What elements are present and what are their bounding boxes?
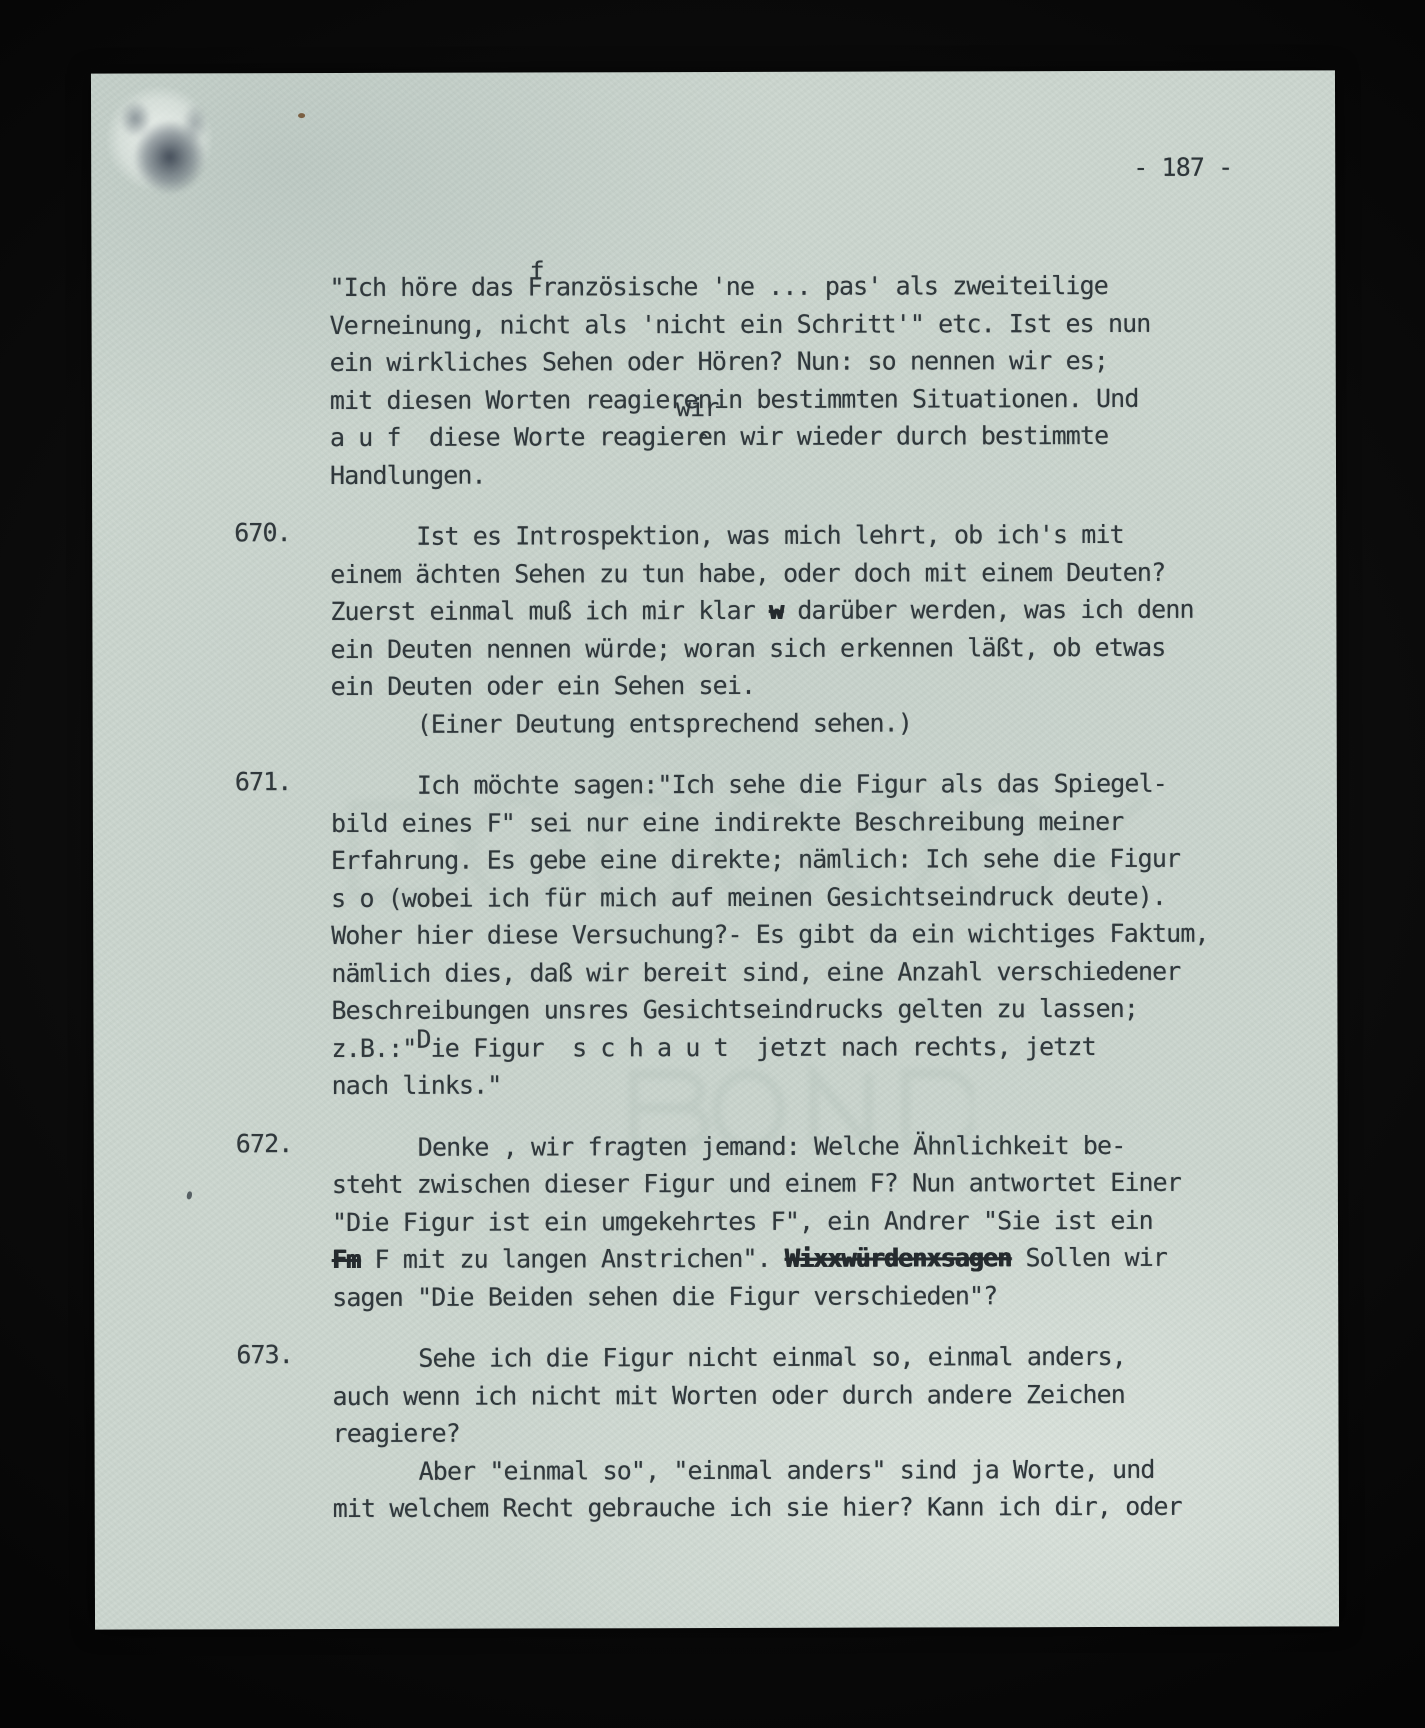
typed-text: a u f diese Worte reagieren wir wieder d… bbox=[330, 421, 1108, 452]
typed-line: Sehe ich die Figur nicht einmal so, einm… bbox=[332, 1338, 1282, 1378]
section-block: "Ich höre das Ffranzösische 'ne ... pas'… bbox=[329, 267, 1280, 494]
struck-text: Fm bbox=[332, 1245, 360, 1274]
typed-text: Erfahrung. Es gebe eine direkte; nämlich… bbox=[331, 844, 1180, 875]
typed-text: sagen "Die Beiden sehen die Figur versch… bbox=[332, 1281, 997, 1312]
typed-text: (Einer Deutung entsprechend sehen.) bbox=[417, 708, 912, 738]
typed-line: Woher hier diese Versuchung?- Es gibt da… bbox=[331, 915, 1281, 955]
caret-mark: ^ bbox=[699, 423, 708, 461]
typed-line: nach links." bbox=[332, 1065, 1282, 1105]
typed-text: Sehe ich die Figur nicht einmal so, einm… bbox=[418, 1342, 1126, 1373]
struck-text: Wixxwürdenxsagen bbox=[785, 1243, 1011, 1273]
photograph-background: - 187 - "Ich höre das Ffranzösische 'ne … bbox=[0, 0, 1425, 1728]
section-number: 672. bbox=[236, 1129, 293, 1158]
typed-correction: f bbox=[530, 252, 544, 290]
typed-text: einem ächten Sehen zu tun habe, oder doc… bbox=[330, 557, 1165, 588]
typed-text: Zuerst einmal muß ich mir klar bbox=[330, 596, 769, 626]
typed-text: reagiere? bbox=[332, 1419, 459, 1448]
typed-text: Woher hier diese Versuchung?- Es gibt da… bbox=[331, 919, 1208, 950]
typed-line: Zuerst einmal muß ich mir klar w darüber… bbox=[330, 591, 1280, 631]
typescript-body: "Ich höre das Ffranzösische 'ne ... pas'… bbox=[329, 267, 1282, 1528]
typed-line: bild eines F" sei nur eine indirekte Bes… bbox=[331, 802, 1281, 842]
typed-text: ein Deuten oder ein Sehen sei. bbox=[331, 671, 756, 701]
section-number: 670. bbox=[234, 518, 291, 547]
section-block: 670.Ist es Introspektion, was mich lehrt… bbox=[330, 516, 1281, 743]
typed-text: nach links." bbox=[332, 1071, 502, 1100]
typed-line: auch wenn ich nicht mit Worten oder durc… bbox=[332, 1375, 1282, 1415]
typed-line: Aber "einmal so", "einmal anders" sind j… bbox=[333, 1450, 1283, 1490]
typed-line: Handlungen. bbox=[330, 454, 1280, 494]
typed-line: (Einer Deutung entsprechend sehen.) bbox=[331, 703, 1281, 743]
typed-text: F mit zu langen Anstrichen". bbox=[360, 1244, 785, 1274]
typed-text: Beschreibungen unsres Gesichtseindrucks … bbox=[331, 994, 1138, 1025]
typed-line: ein Deuten oder ein Sehen sei. bbox=[331, 666, 1281, 706]
paper-fleck bbox=[298, 113, 305, 118]
typed-text: mit diesen Worten reagieren bbox=[330, 385, 712, 415]
typed-text: Verneinung, nicht als 'nicht ein Schritt… bbox=[330, 308, 1151, 339]
typed-text: in bestimmten Situationen. Und bbox=[714, 383, 1139, 413]
page-number: - 187 - bbox=[1133, 153, 1232, 182]
typed-line: mit welchem Recht gebrauche ich sie hier… bbox=[333, 1488, 1283, 1528]
typed-line: Beschreibungen unsres Gesichtseindrucks … bbox=[331, 990, 1281, 1030]
typed-line: steht zwischen dieser Figur und einem F?… bbox=[332, 1164, 1282, 1204]
typed-text: ein Deuten nennen würde; woran sich erke… bbox=[330, 632, 1165, 663]
typed-line: Ich möchte sagen:"Ich sehe die Figur als… bbox=[331, 765, 1281, 805]
section-block: 671.Ich möchte sagen:"Ich sehe die Figur… bbox=[331, 765, 1282, 1105]
typed-line: Ist es Introspektion, was mich lehrt, ob… bbox=[330, 516, 1280, 556]
typed-line: ein Deuten nennen würde; woran sich erke… bbox=[330, 628, 1280, 668]
typed-text: Handlungen. bbox=[330, 460, 486, 489]
typed-text: z.B.:" bbox=[331, 1033, 416, 1062]
typed-line: nämlich dies, daß wir bereit sind, eine … bbox=[331, 952, 1281, 992]
typed-text: steht zwischen dieser Figur und einem F?… bbox=[332, 1168, 1181, 1199]
raised-letter: D bbox=[416, 1024, 430, 1053]
typed-text: bild eines F" sei nur eine indirekte Bes… bbox=[331, 806, 1124, 837]
section-block: 672.Denke , wir fragten jemand: Welche Ä… bbox=[332, 1126, 1282, 1316]
typed-line: Fm F mit zu langen Anstrichen". Wixxwürd… bbox=[332, 1239, 1282, 1279]
typed-text: ranzösische 'ne ... pas' als zweiteilige bbox=[542, 271, 1108, 301]
paper-speck bbox=[186, 1191, 193, 1200]
typed-text: Ist es Introspektion, was mich lehrt, ob… bbox=[416, 520, 1124, 551]
typed-line: sagen "Die Beiden sehen die Figur versch… bbox=[332, 1276, 1282, 1316]
section-number: 671. bbox=[235, 767, 292, 796]
typed-line: "Die Figur ist ein umgekehrtes F", ein A… bbox=[332, 1201, 1282, 1241]
typed-text: Aber "einmal so", "einmal anders" sind j… bbox=[419, 1454, 1155, 1485]
typed-text: s o (wobei ich für mich auf meinen Gesic… bbox=[331, 881, 1166, 912]
typed-line: s o (wobei ich für mich auf meinen Gesic… bbox=[331, 877, 1281, 917]
typed-text: Sollen wir bbox=[1011, 1243, 1167, 1272]
typed-text: ie Figur s c h a u t jetzt nach rechts, … bbox=[431, 1032, 1096, 1063]
typed-text: "Ich höre das bbox=[329, 272, 527, 302]
typed-line: Verneinung, nicht als 'nicht ein Schritt… bbox=[330, 304, 1280, 344]
typed-text: "Die Figur ist ein umgekehrtes F", ein A… bbox=[332, 1205, 1153, 1236]
section-block: 673.Sehe ich die Figur nicht einmal so, … bbox=[332, 1338, 1282, 1528]
typed-text: nämlich dies, daß wir bereit sind, eine … bbox=[331, 956, 1180, 987]
struck-text: w bbox=[769, 596, 783, 625]
typed-line: z.B.:"Die Figur s c h a u t jetzt nach r… bbox=[331, 1027, 1281, 1067]
typed-text: Ich möchte sagen:"Ich sehe die Figur als… bbox=[417, 769, 1167, 800]
typed-line: "Ich höre das Ffranzösische 'ne ... pas'… bbox=[329, 267, 1279, 307]
typed-text: darüber werden, was ich denn bbox=[783, 595, 1193, 625]
typed-line: Erfahrung. Es gebe eine direkte; nämlich… bbox=[331, 840, 1281, 880]
document-page: - 187 - "Ich höre das Ffranzösische 'ne … bbox=[91, 70, 1339, 1629]
typed-line: mit diesen Worten reagierenwir^in bestim… bbox=[330, 379, 1280, 419]
typed-line: reagiere? bbox=[332, 1413, 1282, 1453]
inserted-word: wir bbox=[676, 388, 719, 426]
section-number: 673. bbox=[236, 1340, 293, 1369]
typed-line: ein wirkliches Sehen oder Hören? Nun: so… bbox=[330, 342, 1280, 382]
typed-line: Denke , wir fragten jemand: Welche Ähnli… bbox=[332, 1126, 1282, 1166]
overtyped-letter: Ff bbox=[528, 268, 542, 306]
typed-line: einem ächten Sehen zu tun habe, oder doc… bbox=[330, 553, 1280, 593]
typed-text: auch wenn ich nicht mit Worten oder durc… bbox=[332, 1379, 1125, 1410]
typed-text: mit welchem Recht gebrauche ich sie hier… bbox=[333, 1492, 1182, 1523]
typed-text: Denke , wir fragten jemand: Welche Ähnli… bbox=[418, 1130, 1126, 1161]
ink-stain bbox=[109, 87, 219, 207]
typed-text: ein wirkliches Sehen oder Hören? Nun: so… bbox=[330, 346, 1108, 377]
typed-line: a u f diese Worte reagieren wir wieder d… bbox=[330, 417, 1280, 457]
